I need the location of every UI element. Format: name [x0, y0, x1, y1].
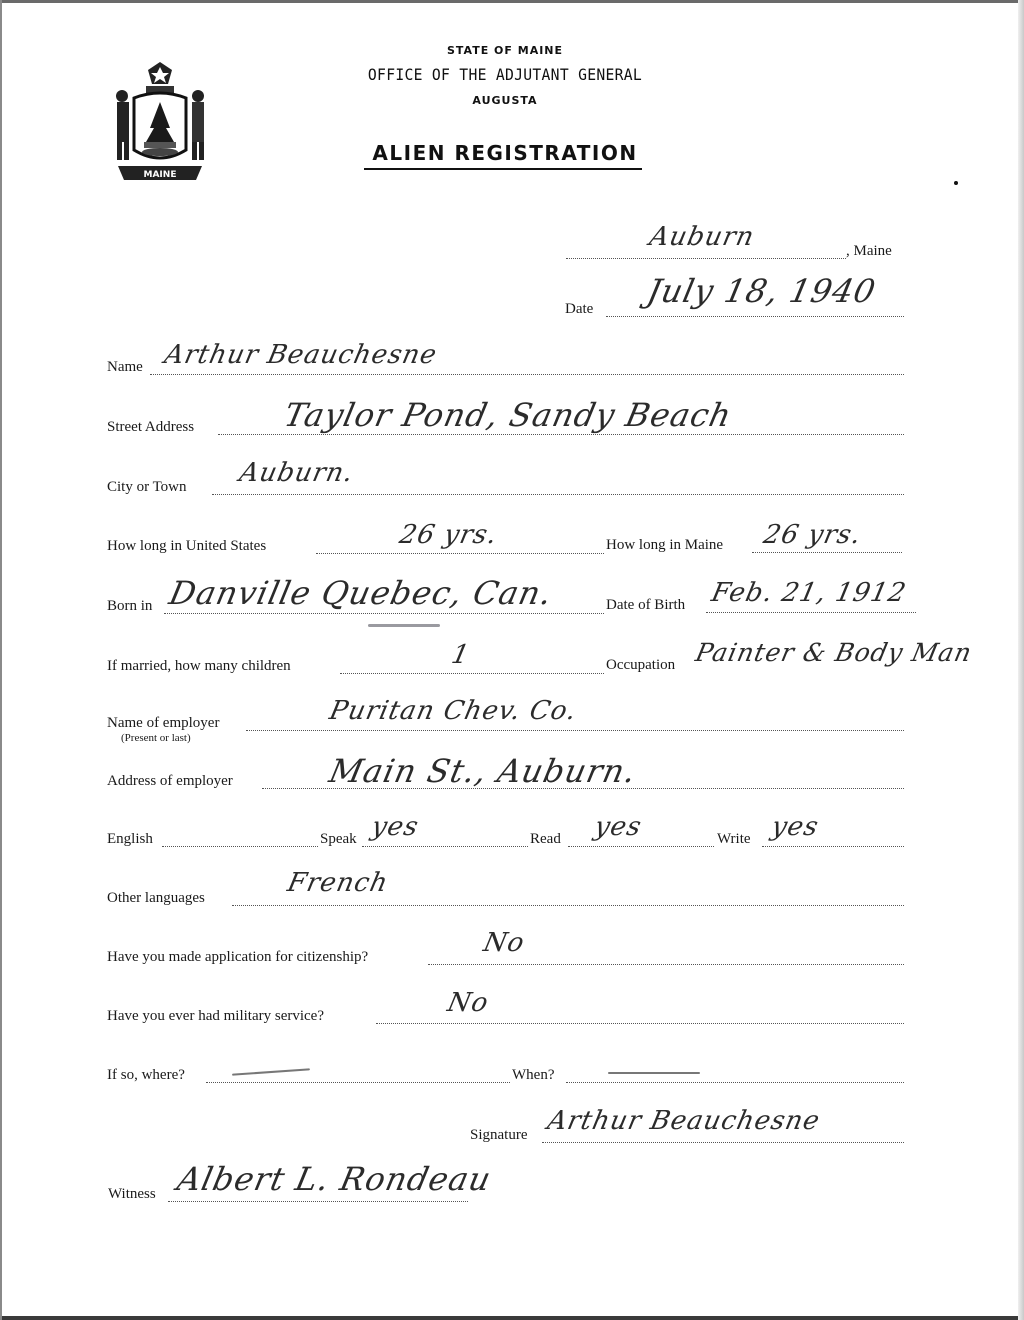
- citizenship-line: [428, 964, 904, 965]
- name-line: [150, 374, 904, 375]
- read-label: Read: [530, 831, 561, 848]
- military-line: [376, 1023, 904, 1024]
- other-languages-label: Other languages: [107, 890, 205, 907]
- date-of-birth-label: Date of Birth: [606, 597, 685, 614]
- read-line: [568, 846, 714, 847]
- citizenship-label: Have you made application for citizenshi…: [107, 949, 368, 966]
- born-in-value: Danville Quebec, Can.: [166, 574, 556, 612]
- born-in-line: [164, 613, 604, 614]
- signature-line: [542, 1142, 904, 1143]
- when-label: When?: [512, 1067, 554, 1084]
- date-label: Date: [565, 301, 593, 318]
- ink-dot: [954, 181, 958, 185]
- employer-name-sublabel: (Present or last): [121, 732, 191, 744]
- how-long-us-value: 26 yrs.: [397, 520, 500, 550]
- military-value: No: [445, 988, 492, 1018]
- employer-name-value: Puritan Chev. Co.: [327, 696, 580, 726]
- speak-line: [362, 846, 528, 847]
- military-label: Have you ever had military service?: [107, 1008, 324, 1025]
- name-label: Name: [107, 359, 143, 376]
- street-address-line: [218, 434, 904, 435]
- scan-border-left: [0, 0, 2, 1320]
- header-office: OFFICE OF THE ADJUTANT GENERAL: [344, 65, 666, 84]
- write-value: yes: [769, 812, 822, 842]
- citizenship-value: No: [481, 928, 528, 958]
- city-label: City or Town: [107, 479, 187, 496]
- occupation-label: Occupation: [606, 657, 675, 674]
- where-label: If so, where?: [107, 1067, 185, 1084]
- street-address-value: Taylor Pond, Sandy Beach: [281, 396, 735, 434]
- witness-value: Albert L. Rondeau: [174, 1160, 495, 1198]
- born-in-label: Born in: [107, 598, 152, 615]
- how-long-us-line: [316, 553, 604, 554]
- speak-label: Speak: [320, 831, 357, 848]
- other-languages-line: [232, 905, 904, 906]
- how-long-maine-line: [752, 552, 902, 553]
- header-city: AUGUSTA: [330, 94, 680, 107]
- how-long-maine-label: How long in Maine: [606, 537, 723, 554]
- scan-border-bottom: [0, 1316, 1024, 1320]
- place-value: Auburn: [647, 222, 757, 252]
- svg-text:MAINE: MAINE: [144, 170, 177, 180]
- scan-border-top: [0, 0, 1024, 3]
- document-title: ALIEN REGISTRATION: [330, 141, 680, 165]
- scan-border-right: [1018, 0, 1024, 1320]
- place-suffix: , Maine: [846, 243, 892, 260]
- title-underline: [364, 168, 642, 170]
- how-long-us-label: How long in United States: [107, 538, 266, 555]
- how-long-maine-value: 26 yrs.: [761, 520, 864, 550]
- witness-line: [168, 1201, 468, 1202]
- date-of-birth-line: [706, 612, 916, 613]
- occupation-value: Painter & Body Man: [693, 638, 975, 667]
- employer-name-line: [246, 730, 904, 731]
- speak-value: yes: [369, 812, 422, 842]
- write-label: Write: [717, 831, 751, 848]
- write-line: [762, 846, 904, 847]
- english-label: English: [107, 831, 153, 848]
- pencil-underline-mark: [368, 624, 440, 627]
- name-value: Arthur Beauchesne: [162, 340, 440, 370]
- witness-label: Witness: [108, 1186, 156, 1203]
- employer-name-label: Name of employer: [107, 715, 219, 732]
- maine-state-seal-icon: MAINE: [108, 58, 212, 184]
- employer-address-value: Main St., Auburn.: [326, 752, 640, 790]
- date-of-birth-value: Feb. 21, 1912: [709, 578, 909, 608]
- signature-label: Signature: [470, 1127, 528, 1144]
- children-line: [340, 673, 604, 674]
- other-languages-value: French: [285, 868, 391, 898]
- city-line: [212, 494, 904, 495]
- header-state: STATE OF MAINE: [330, 44, 680, 57]
- place-line: [566, 258, 846, 259]
- street-address-label: Street Address: [107, 419, 194, 436]
- date-line: [606, 316, 904, 317]
- date-value: July 18, 1940: [644, 272, 879, 310]
- children-label: If married, how many children: [107, 658, 291, 675]
- children-value: 1: [449, 640, 473, 670]
- english-line: [162, 846, 318, 847]
- when-dash-mark: [608, 1072, 700, 1074]
- city-value: Auburn.: [237, 458, 357, 488]
- read-value: yes: [592, 812, 645, 842]
- signature-value: Arthur Beauchesne: [545, 1106, 823, 1136]
- employer-address-label: Address of employer: [107, 773, 233, 790]
- when-line: [566, 1082, 904, 1083]
- where-dash-mark: [232, 1068, 310, 1075]
- where-line: [206, 1082, 510, 1083]
